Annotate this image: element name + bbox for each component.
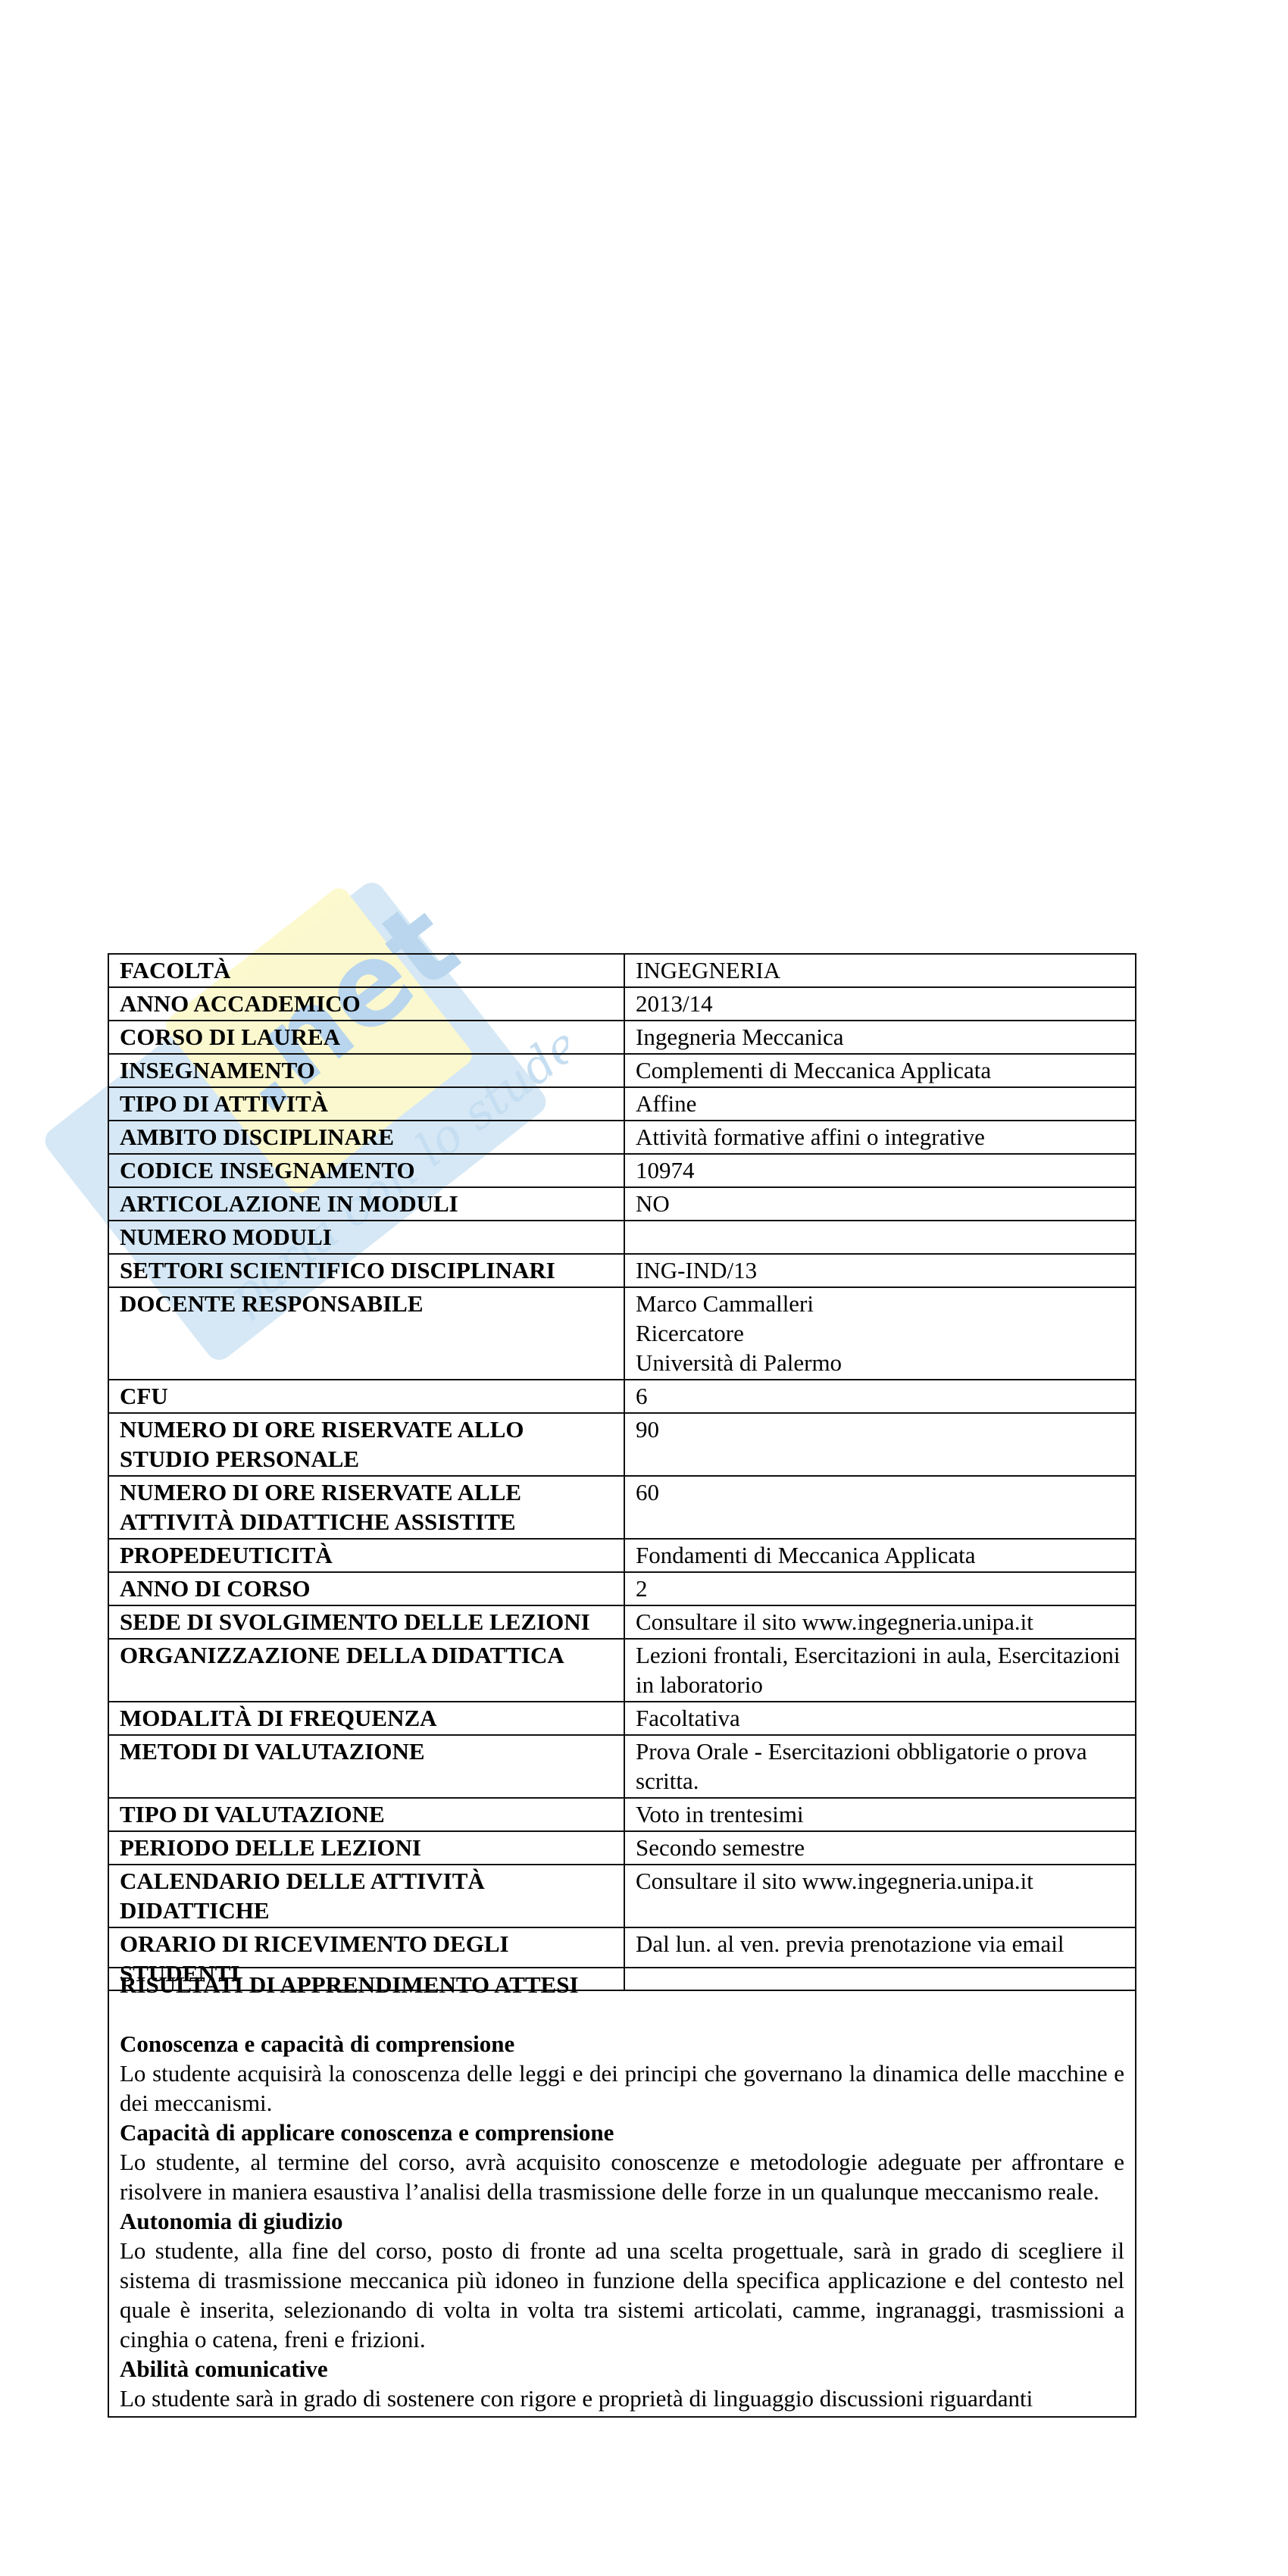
table-row: NUMERO DI ORE RISERVATE ALLO STUDIO PERS… <box>108 1413 1136 1476</box>
field-label: CORSO DI LAUREA <box>108 1021 624 1054</box>
field-value-line: Marco Cammalleri <box>636 1289 1124 1318</box>
table-row: CFU6 <box>108 1380 1136 1413</box>
field-value: 2 <box>624 1572 1136 1605</box>
field-value: Ingegneria Meccanica <box>624 1021 1136 1054</box>
table-row: INSEGNAMENTOComplementi di Meccanica App… <box>108 1054 1136 1087</box>
field-value: Voto in trentesimi <box>624 1798 1136 1831</box>
field-value: Consultare il sito www.ingegneria.unipa.… <box>624 1605 1136 1639</box>
field-label: NUMERO DI ORE RISERVATE ALLE ATTIVITÀ DI… <box>108 1476 624 1539</box>
field-value-line: Affine <box>636 1089 1124 1118</box>
table-row: ORGANIZZAZIONE DELLA DIDATTICALezioni fr… <box>108 1639 1136 1702</box>
field-label: ARTICOLAZIONE IN MODULI <box>108 1187 624 1221</box>
field-value: 10974 <box>624 1154 1136 1187</box>
table-row: TIPO DI VALUTAZIONEVoto in trentesimi <box>108 1798 1136 1831</box>
table-row: CALENDARIO DELLE ATTIVITÀ DIDATTICHECons… <box>108 1865 1136 1927</box>
field-value: ING-IND/13 <box>624 1254 1136 1287</box>
field-value-line: Lezioni frontali, Esercitazioni in aula,… <box>636 1640 1124 1699</box>
section-text: Lo studente sarà in grado di sostenere c… <box>120 2384 1124 2413</box>
field-value: Prova Orale - Esercitazioni obbligatorie… <box>624 1735 1136 1798</box>
field-value-line: Voto in trentesimi <box>636 1799 1124 1829</box>
table-row: PERIODO DELLE LEZIONISecondo semestre <box>108 1831 1136 1865</box>
field-value: 2013/14 <box>624 987 1136 1021</box>
field-value: Attività formative affini o integrative <box>624 1121 1136 1154</box>
field-label: NUMERO MODULI <box>108 1221 624 1254</box>
field-value-line: Ingegneria Meccanica <box>636 1022 1124 1052</box>
field-label: PROPEDEUTICITÀ <box>108 1539 624 1572</box>
field-value: 90 <box>624 1413 1136 1476</box>
field-value-line: Complementi di Meccanica Applicata <box>636 1055 1124 1085</box>
table-row: NUMERO MODULI <box>108 1221 1136 1254</box>
field-value: Secondo semestre <box>624 1831 1136 1865</box>
field-value: Complementi di Meccanica Applicata <box>624 1054 1136 1087</box>
field-label: FACOLTÀ <box>108 954 624 987</box>
table-row: SETTORI SCIENTIFICO DISCIPLINARIING-IND/… <box>108 1254 1136 1287</box>
field-value-line: 6 <box>636 1381 1124 1411</box>
field-value-line: Dal lun. al ven. previa prenotazione via… <box>636 1929 1124 1959</box>
field-value: 60 <box>624 1476 1136 1539</box>
field-value-line <box>636 1222 1124 1252</box>
table-row: ANNO DI CORSO2 <box>108 1572 1136 1605</box>
table-row: TIPO DI ATTIVITÀAffine <box>108 1087 1136 1121</box>
field-value-line: Prova Orale - Esercitazioni obbligatorie… <box>636 1737 1124 1796</box>
course-info-table: FACOLTÀINGEGNERIAANNO ACCADEMICO2013/14C… <box>108 953 1136 1991</box>
field-value: Consultare il sito www.ingegneria.unipa.… <box>624 1865 1136 1927</box>
field-value: 6 <box>624 1380 1136 1413</box>
field-value-line: Consultare il sito www.ingegneria.unipa.… <box>636 1607 1124 1637</box>
field-label: METODI DI VALUTAZIONE <box>108 1735 624 1798</box>
table-row: AMBITO DISCIPLINAREAttività formative af… <box>108 1121 1136 1154</box>
field-value: Lezioni frontali, Esercitazioni in aula,… <box>624 1639 1136 1702</box>
table-row: METODI DI VALUTAZIONEProva Orale - Eserc… <box>108 1735 1136 1798</box>
field-label: SEDE DI SVOLGIMENTO DELLE LEZIONI <box>108 1605 624 1639</box>
field-label: CFU <box>108 1380 624 1413</box>
field-label: DOCENTE RESPONSABILE <box>108 1287 624 1380</box>
field-label: NUMERO DI ORE RISERVATE ALLO STUDIO PERS… <box>108 1413 624 1476</box>
table-row: DOCENTE RESPONSABILEMarco CammalleriRice… <box>108 1287 1136 1380</box>
field-label: SETTORI SCIENTIFICO DISCIPLINARI <box>108 1254 624 1287</box>
field-value-line: 10974 <box>636 1155 1124 1185</box>
table-row: SEDE DI SVOLGIMENTO DELLE LEZIONIConsult… <box>108 1605 1136 1639</box>
field-value-line: Attività formative affini o integrative <box>636 1122 1124 1152</box>
field-value-line: Consultare il sito www.ingegneria.unipa.… <box>636 1866 1124 1896</box>
table-row: FACOLTÀINGEGNERIA <box>108 954 1136 987</box>
section-heading: Capacità di applicare conoscenza e compr… <box>120 2118 1124 2147</box>
field-value-line: INGEGNERIA <box>636 955 1124 985</box>
section-heading: Abilità comunicative <box>120 2354 1124 2384</box>
field-label: CALENDARIO DELLE ATTIVITÀ DIDATTICHE <box>108 1865 624 1927</box>
section-text: Lo studente, alla fine del corso, posto … <box>120 2236 1124 2354</box>
section-text: Lo studente, al termine del corso, avrà … <box>120 2147 1124 2206</box>
field-label: PERIODO DELLE LEZIONI <box>108 1831 624 1865</box>
field-value: Affine <box>624 1087 1136 1121</box>
field-value-line: NO <box>636 1189 1124 1218</box>
table-row: PROPEDEUTICITÀFondamenti di Meccanica Ap… <box>108 1539 1136 1572</box>
field-label: ANNO DI CORSO <box>108 1572 624 1605</box>
field-label: INSEGNAMENTO <box>108 1054 624 1087</box>
table-row: MODALITÀ DI FREQUENZAFacoltativa <box>108 1702 1136 1735</box>
field-value-line: 2013/14 <box>636 989 1124 1018</box>
field-value-line: 90 <box>636 1415 1124 1444</box>
table-row: CORSO DI LAUREAIngegneria Meccanica <box>108 1021 1136 1054</box>
section-heading: Autonomia di giudizio <box>120 2206 1124 2236</box>
field-value-line: 60 <box>636 1477 1124 1507</box>
field-value: INGEGNERIA <box>624 954 1136 987</box>
field-value-line: Ricercatore <box>636 1318 1124 1348</box>
field-value-line: Secondo semestre <box>636 1833 1124 1862</box>
field-value: Facoltativa <box>624 1702 1136 1735</box>
table-row: ARTICOLAZIONE IN MODULINO <box>108 1187 1136 1221</box>
field-value-line: 2 <box>636 1574 1124 1603</box>
learning-outcomes-title: RISULTATI DI APPRENDIMENTO ATTESI <box>120 1970 1124 1999</box>
field-value-line: Fondamenti di Meccanica Applicata <box>636 1540 1124 1570</box>
table-row: CODICE INSEGNAMENTO10974 <box>108 1154 1136 1187</box>
field-label: ORGANIZZAZIONE DELLA DIDATTICA <box>108 1639 624 1702</box>
field-label: TIPO DI VALUTAZIONE <box>108 1798 624 1831</box>
field-value: Marco CammalleriRicercatoreUniversità di… <box>624 1287 1136 1380</box>
field-label: AMBITO DISCIPLINARE <box>108 1121 624 1154</box>
field-value <box>624 1221 1136 1254</box>
section-text: Lo studente acquisirà la conoscenza dell… <box>120 2059 1124 2118</box>
field-value: NO <box>624 1187 1136 1221</box>
learning-outcomes-sections: Conoscenza e capacità di comprensioneLo … <box>120 2029 1124 2413</box>
learning-outcomes-box: RISULTATI DI APPRENDIMENTO ATTESI Conosc… <box>108 1967 1136 2418</box>
table-row: ANNO ACCADEMICO2013/14 <box>108 987 1136 1021</box>
field-value: Fondamenti di Meccanica Applicata <box>624 1539 1136 1572</box>
field-value-line: Università di Palermo <box>636 1348 1124 1377</box>
field-value-line: ING-IND/13 <box>636 1255 1124 1285</box>
field-label: TIPO DI ATTIVITÀ <box>108 1087 624 1121</box>
field-label: MODALITÀ DI FREQUENZA <box>108 1702 624 1735</box>
section-heading: Conoscenza e capacità di comprensione <box>120 2029 1124 2059</box>
field-label: CODICE INSEGNAMENTO <box>108 1154 624 1187</box>
table-row: NUMERO DI ORE RISERVATE ALLE ATTIVITÀ DI… <box>108 1476 1136 1539</box>
field-value-line: Facoltativa <box>636 1703 1124 1733</box>
field-label: ANNO ACCADEMICO <box>108 987 624 1021</box>
